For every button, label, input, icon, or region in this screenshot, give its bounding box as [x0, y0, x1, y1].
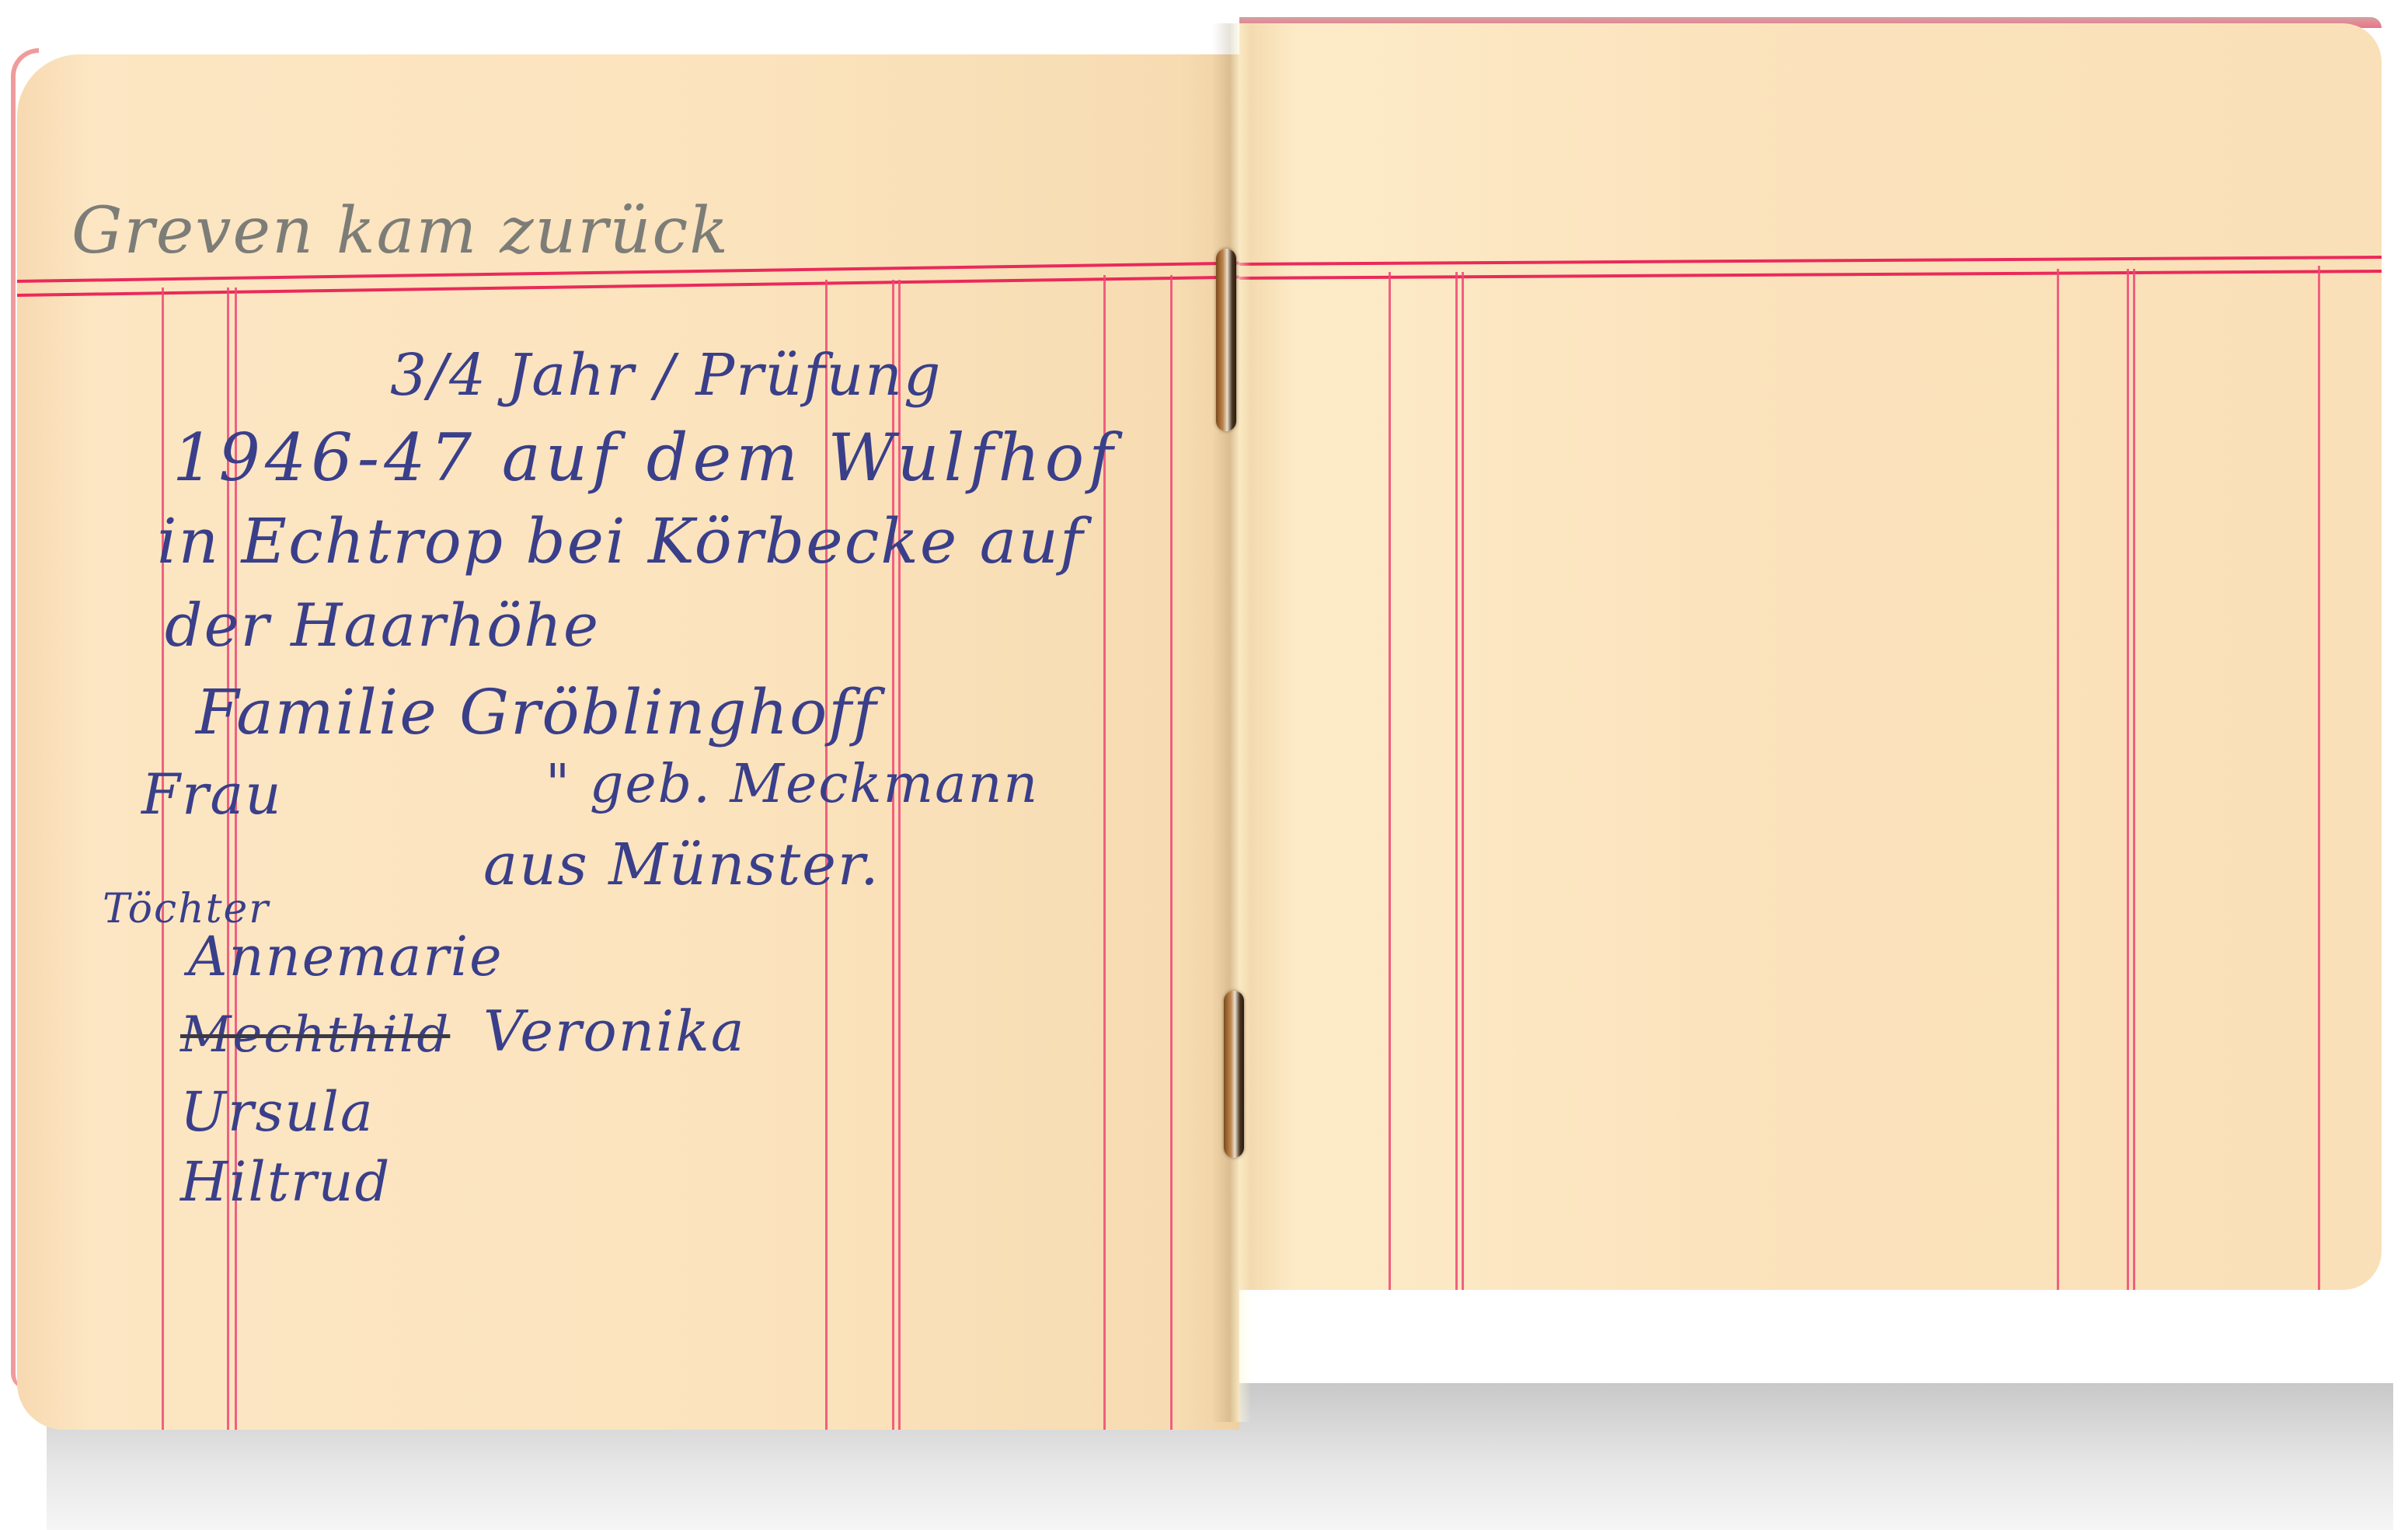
daughter-name: Annemarie — [188, 925, 504, 988]
column-rule — [1462, 272, 1464, 1290]
handwritten-line: Frau — [141, 762, 283, 827]
handwritten-line: in Echtrop bei Körbecke auf — [157, 505, 1085, 577]
column-rule — [2127, 269, 2129, 1290]
column-rule — [2057, 269, 2059, 1290]
daughter-name-struck: Mechthild — [180, 1006, 450, 1064]
column-rule — [2318, 266, 2320, 1290]
pencil-heading: Greven kam zurück — [71, 194, 730, 268]
handwritten-line: 3/4 Jahr / Prüfung — [390, 342, 942, 409]
handwritten-line: aus Münster. — [483, 831, 880, 898]
notebook-spine — [1212, 23, 1251, 1422]
right-page — [1239, 23, 2382, 1290]
daughter-name: Ursula — [180, 1080, 375, 1144]
header-rule-bottom — [1239, 270, 2382, 280]
handwritten-line: 1946-47 auf dem Wulfhof — [172, 420, 1117, 496]
left-page: Greven kam zurück 3/4 Jahr / Prüfung 194… — [17, 54, 1239, 1430]
staple-top — [1216, 249, 1236, 431]
header-rule-top — [1239, 256, 2382, 266]
column-rule — [1170, 275, 1173, 1430]
handwritten-line: Familie Gröblinghoff — [196, 676, 878, 748]
column-rule — [162, 288, 164, 1430]
column-rule — [1455, 272, 1458, 1290]
column-rule — [1389, 272, 1391, 1290]
handwritten-line: der Haarhöhe — [165, 591, 600, 660]
staple-bottom — [1224, 991, 1244, 1158]
daughter-name: Hiltrud — [180, 1150, 391, 1214]
column-rule — [2133, 269, 2135, 1290]
handwritten-line: " geb. Meckmann — [545, 754, 1039, 815]
daughter-name: Veronika — [483, 999, 746, 1064]
